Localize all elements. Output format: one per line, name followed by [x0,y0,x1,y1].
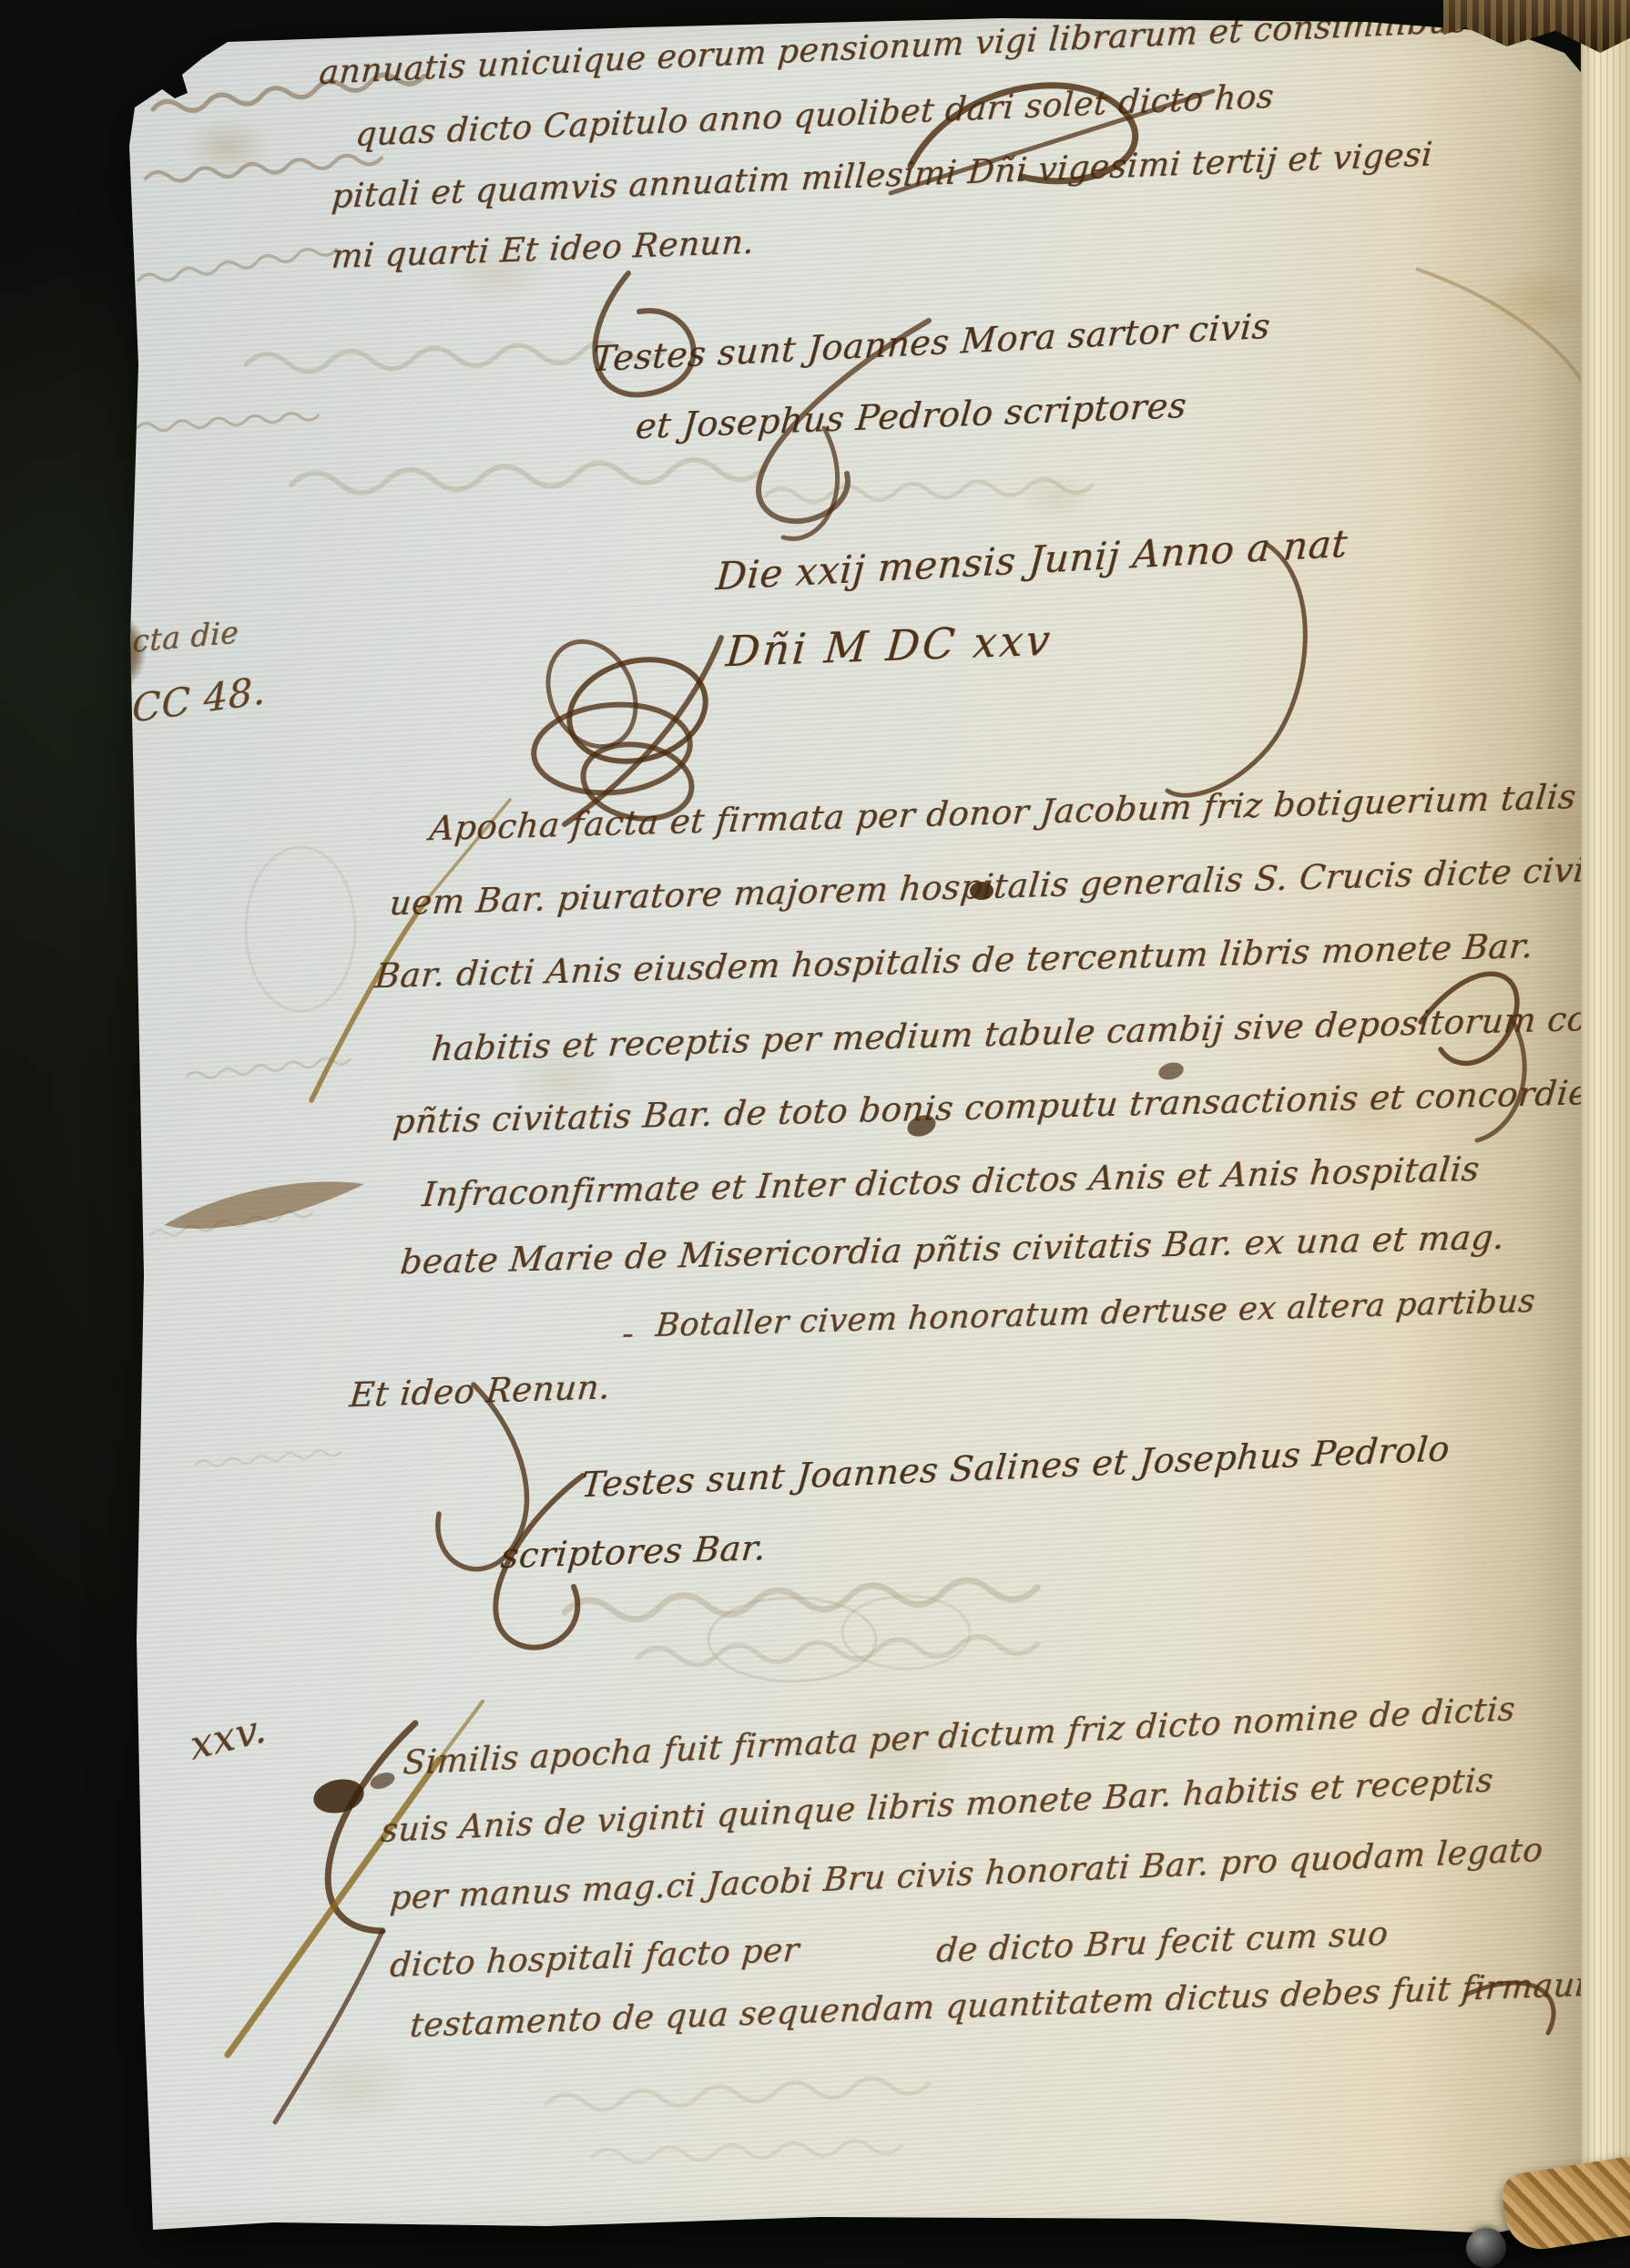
manuscript-scan: Dicta dieCCC 48.xxv.Die xxij mensis Juni… [0,0,1630,2268]
paper-sheet-wrap: Dicta dieCCC 48.xxv.Die xxij mensis Juni… [0,0,1630,2268]
metal-stud [1466,2228,1506,2268]
body-line: Et ideo Renun. [348,1367,612,1415]
witness-line: scriptores Bar. [499,1527,768,1576]
paper-sheet: Dicta dieCCC 48.xxv.Die xxij mensis Juni… [0,0,1630,2268]
book-fore-edge [1581,33,1630,2193]
